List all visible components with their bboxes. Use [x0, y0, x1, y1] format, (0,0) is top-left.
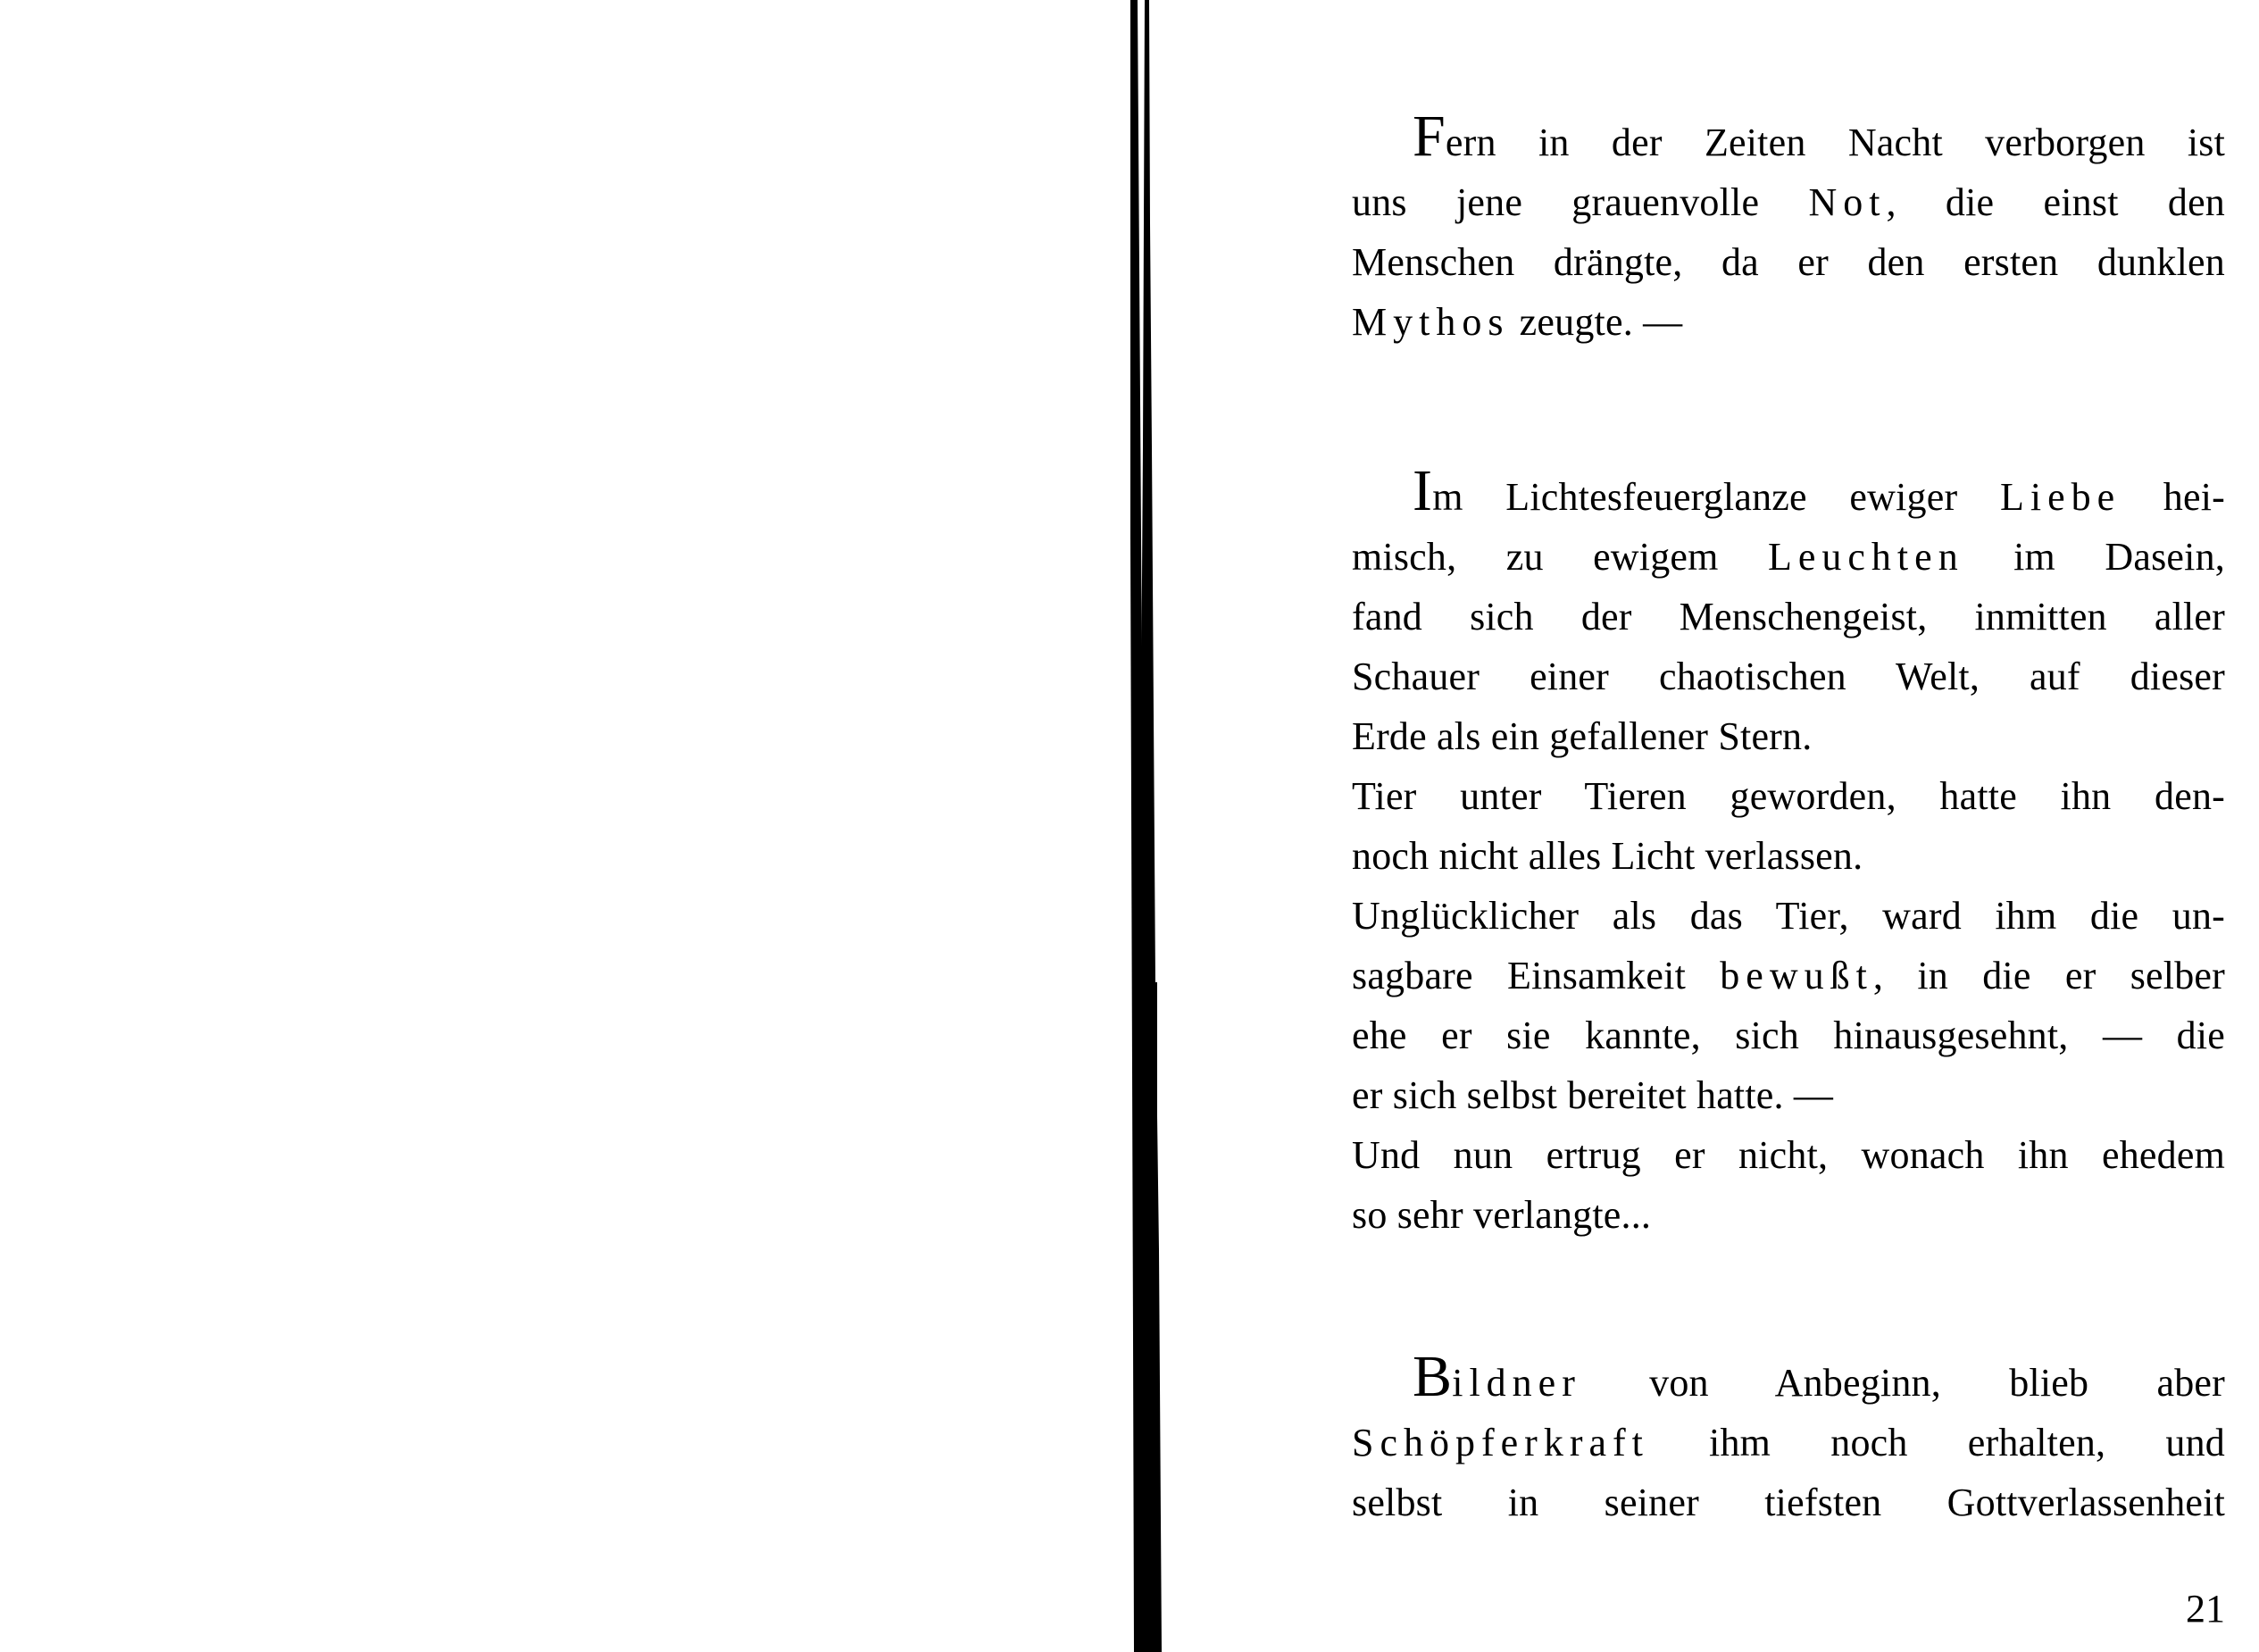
spine-shadow-icon: [1130, 0, 1166, 1652]
line-text: Tier unter Tieren geworden, hatte ihn de…: [1352, 774, 2225, 818]
line-text: er sich selbst bereitet hatte. —: [1352, 1073, 1833, 1117]
emphasized-word: bewußt: [1720, 954, 1873, 997]
drop-initial: F: [1413, 104, 1446, 169]
text-line: noch nicht alles Licht verlassen.: [1352, 826, 2225, 886]
emphasized-word: ildner: [1452, 1361, 1581, 1405]
line-text: Erde als ein gefallener Stern.: [1352, 714, 1812, 758]
emphasized-word: Mythos: [1352, 300, 1509, 344]
emphasized-word: Schöpferkraft: [1352, 1421, 1649, 1464]
book-spine-gutter: [1130, 0, 1166, 1652]
line-text: hei-: [2121, 475, 2225, 519]
line-text: noch nicht alles Licht verlassen.: [1352, 834, 1863, 878]
line-text: zeugte. —: [1509, 300, 1682, 344]
text-line: er sich selbst bereitet hatte. —: [1352, 1065, 2225, 1125]
text-line: Bildner von Anbeginn, blieb aber: [1352, 1353, 2225, 1413]
emphasized-word: Not: [1808, 180, 1886, 224]
text-line: Im Lichtesfeuerglanze ewiger Liebe hei-: [1352, 467, 2225, 527]
emphasized-word: Liebe: [2000, 475, 2121, 519]
text-line: Tier unter Tieren geworden, hatte ihn de…: [1352, 766, 2225, 826]
book-spread: Fern in der Zeiten Nacht verborgen ist u…: [0, 0, 2259, 1652]
line-text: ern in der Zeiten Nacht verborgen ist: [1446, 121, 2225, 164]
line-text: m Lichtesfeuerglanze ewiger: [1432, 475, 2000, 519]
text-line: selbst in seiner tiefsten Gottverlassenh…: [1352, 1473, 2225, 1532]
line-text: , die einst den: [1886, 180, 2225, 224]
drop-initial: B: [1413, 1344, 1452, 1409]
text-line: Mythos zeugte. —: [1352, 292, 2225, 352]
line-text: von Anbeginn, blieb aber: [1581, 1361, 2225, 1405]
line-text: so sehr verlangte...: [1352, 1193, 1651, 1237]
text-line: Unglücklicher als das Tier, ward ihm die…: [1352, 886, 2225, 946]
left-page-blank: [0, 0, 1129, 1652]
line-text: , in die er selber: [1873, 954, 2225, 997]
page-number: 21: [2186, 1582, 2225, 1636]
drop-initial: I: [1413, 458, 1432, 523]
line-text: uns jene grauenvolle: [1352, 180, 1808, 224]
line-text: fand sich der Menschengeist, inmitten al…: [1352, 595, 2225, 638]
text-line: fand sich der Menschengeist, inmitten al…: [1352, 587, 2225, 647]
text-line: ehe er sie kannte, sich hinausgesehnt, —…: [1352, 1005, 2225, 1065]
text-line: Menschen drängte, da er den ersten dunkl…: [1352, 232, 2225, 292]
line-text: Menschen drängte, da er den ersten dunkl…: [1352, 240, 2225, 284]
text-line: Und nun ertrug er nicht, wonach ihn ehed…: [1352, 1125, 2225, 1185]
line-text: sagbare Einsamkeit: [1352, 954, 1720, 997]
line-text: Unglücklicher als das Tier, ward ihm die…: [1352, 894, 2225, 938]
line-text: Und nun ertrug er nicht, wonach ihn ehed…: [1352, 1133, 2225, 1177]
text-line: misch, zu ewigem Leuchten im Dasein,: [1352, 527, 2225, 587]
line-text: selbst in seiner tiefsten Gottverlassenh…: [1352, 1481, 2225, 1524]
text-line: sagbare Einsamkeit bewußt, in die er sel…: [1352, 946, 2225, 1005]
text-line: so sehr verlangte...: [1352, 1185, 2225, 1245]
text-line: Erde als ein gefallener Stern.: [1352, 706, 2225, 766]
text-line: uns jene grauenvolle Not, die einst den: [1352, 172, 2225, 232]
paragraph-3: Bildner von Anbeginn, blieb aber Schöpfe…: [1352, 1353, 2225, 1532]
line-text: ehe er sie kannte, sich hinausgesehnt, —…: [1352, 1014, 2225, 1057]
line-text: ihm noch erhalten, und: [1649, 1421, 2225, 1464]
line-text: im Dasein,: [1964, 535, 2225, 579]
paragraph-1: Fern in der Zeiten Nacht verborgen ist u…: [1352, 113, 2225, 352]
text-line: Fern in der Zeiten Nacht verborgen ist: [1352, 113, 2225, 172]
line-text: Schauer einer chaotischen Welt, auf dies…: [1352, 655, 2225, 698]
text-line: Schöpferkraft ihm noch erhalten, und: [1352, 1413, 2225, 1473]
paragraph-2: Im Lichtesfeuerglanze ewiger Liebe hei- …: [1352, 467, 2225, 1245]
emphasized-word: Leuchten: [1768, 535, 1964, 579]
text-line: Schauer einer chaotischen Welt, auf dies…: [1352, 647, 2225, 706]
line-text: misch, zu ewigem: [1352, 535, 1768, 579]
